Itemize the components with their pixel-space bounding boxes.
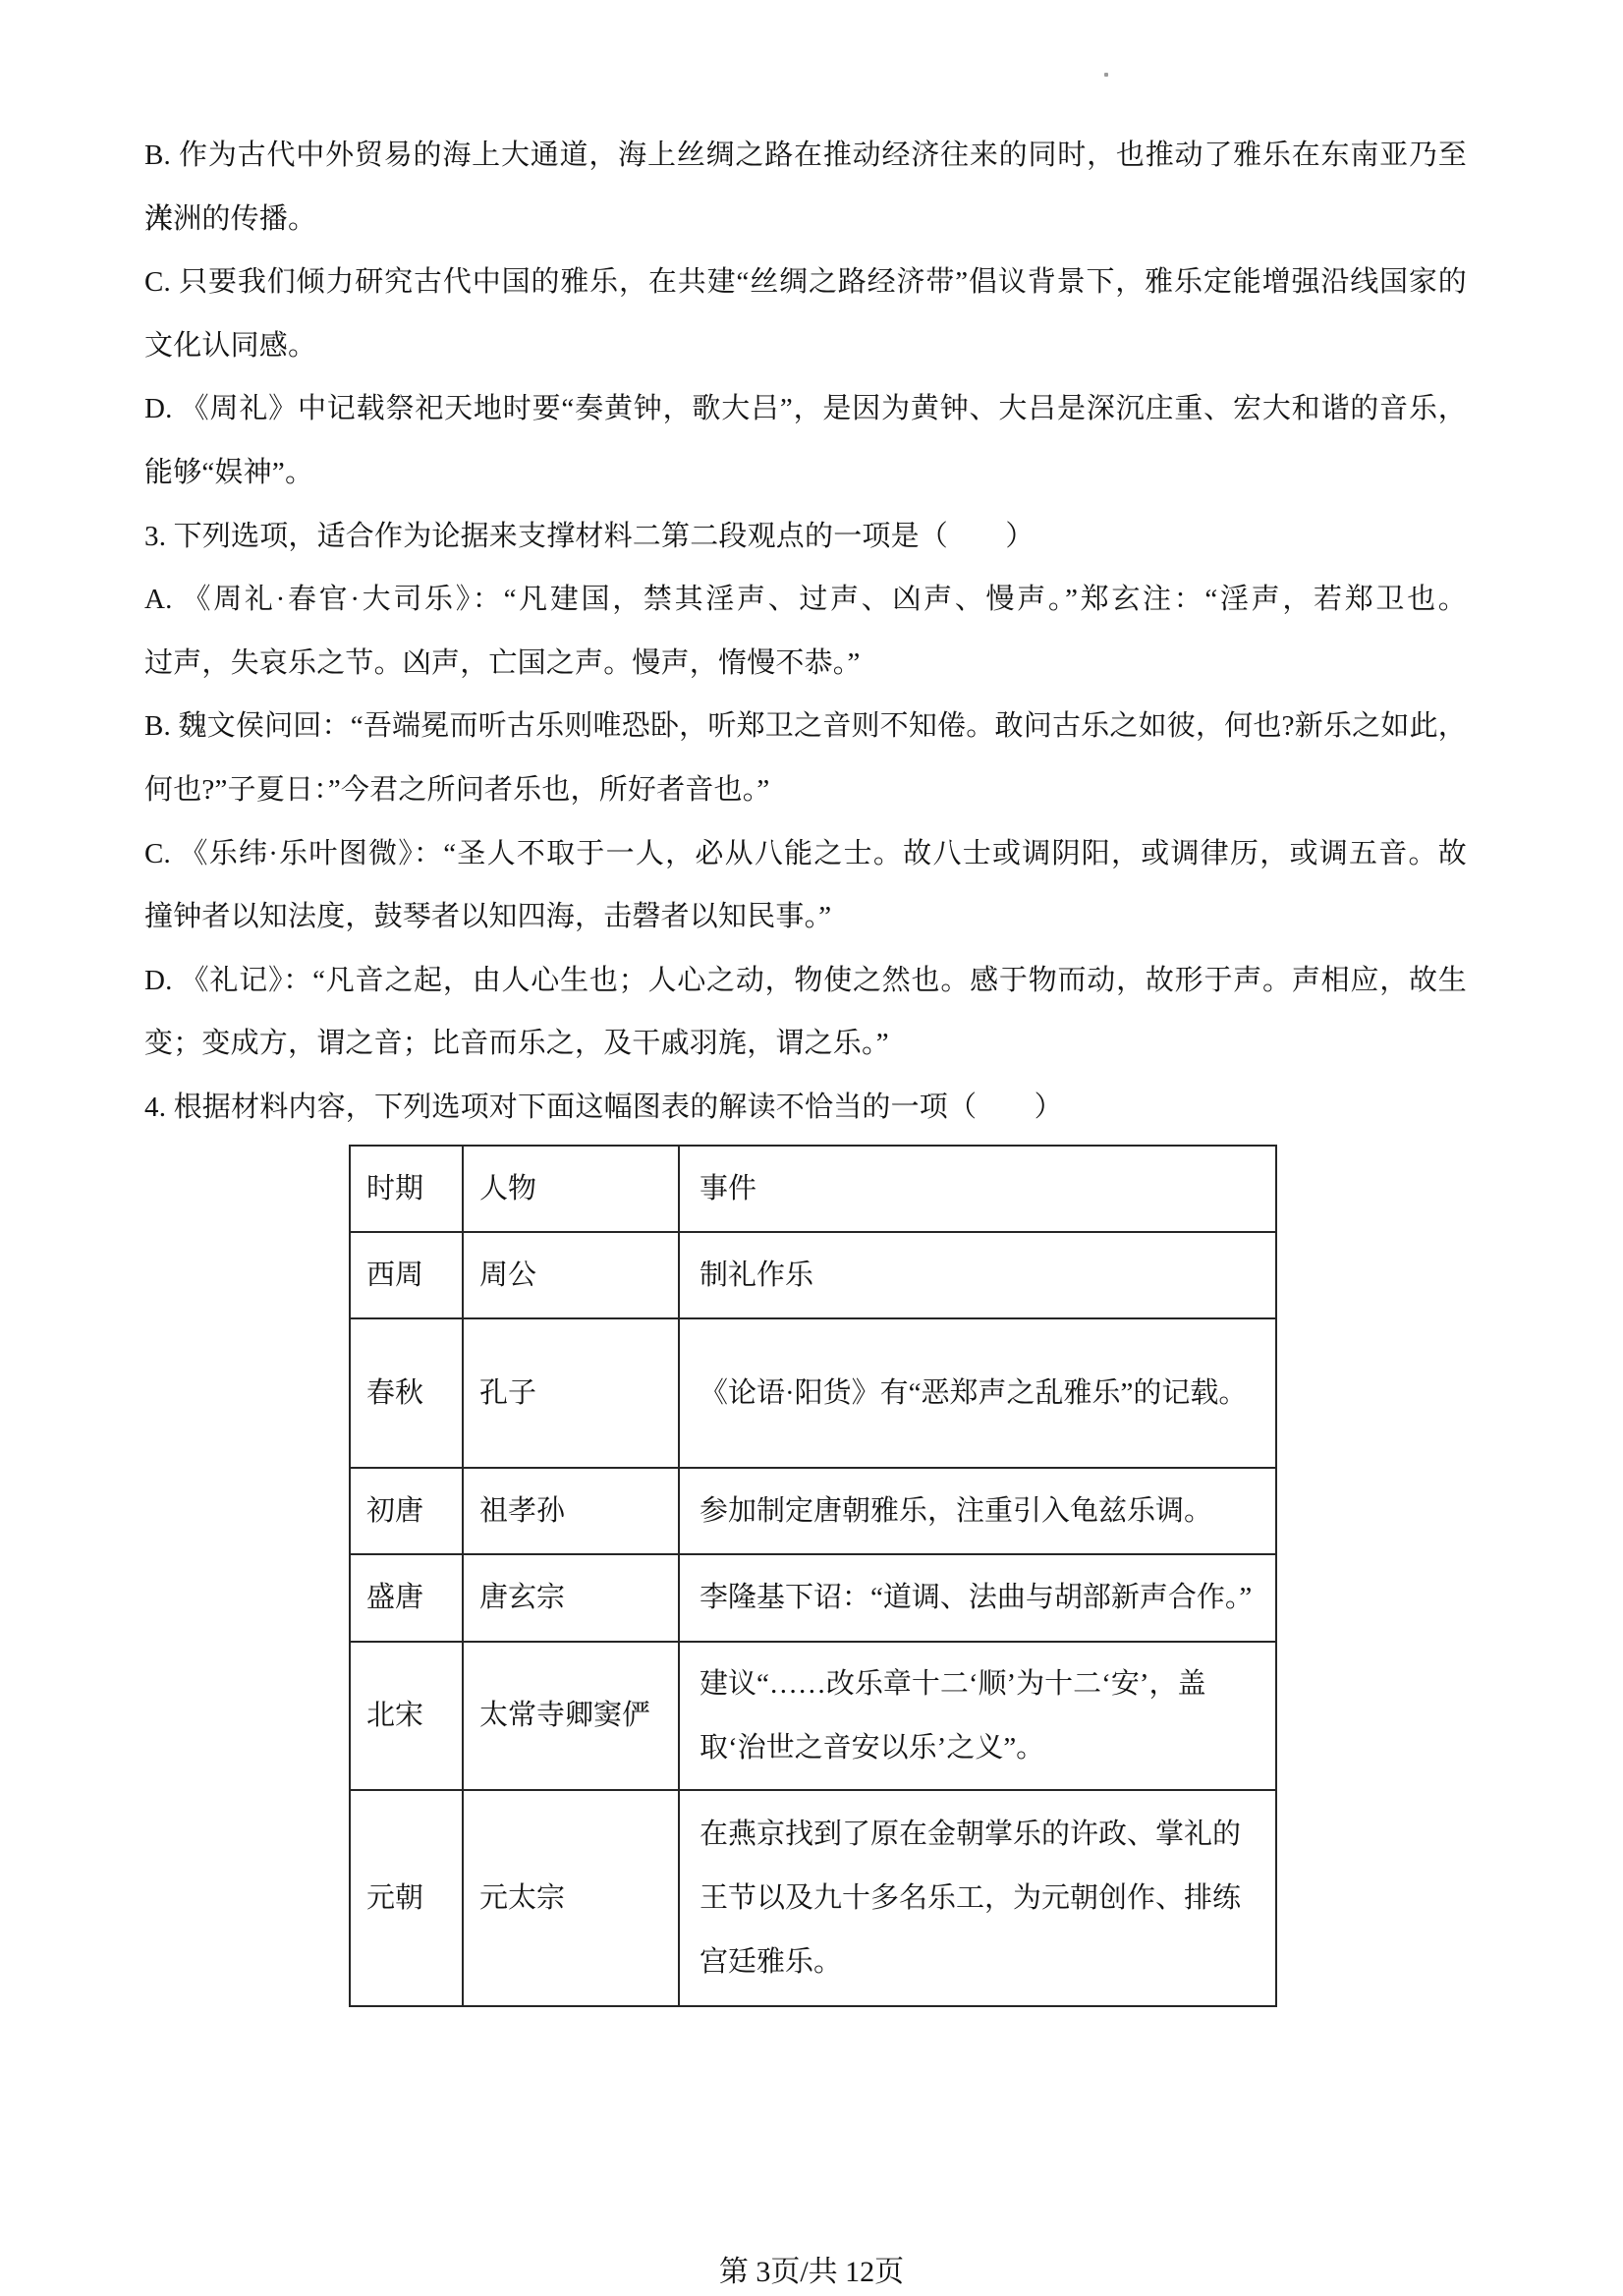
q3-option-a-line-2: 过声，失哀乐之节。凶声，亡国之声。慢声，惰慢不恭。” — [144, 632, 1467, 696]
q2-option-c-line-2: 文化认同感。 — [144, 314, 1467, 378]
q2-option-d-line-2: 能够“娱神”。 — [144, 441, 1467, 505]
event-cell: 李隆基下诏：“道调、法曲与胡部新声合作。” — [679, 1554, 1276, 1642]
period-cell: 西周 — [350, 1232, 463, 1318]
table-row: 春秋 孔子 《论语·阳货》有“恶郑声之乱雅乐”的记载。 — [350, 1318, 1276, 1468]
person-cell: 祖孝孙 — [463, 1468, 679, 1554]
period-cell: 元朝 — [350, 1790, 463, 2006]
table-row: 盛唐 唐玄宗 李隆基下诏：“道调、法曲与胡部新声合作。” — [350, 1554, 1276, 1642]
timeline-table: 时期 人物 事件 西周 周公 制礼作乐 春秋 孔子 《论语·阳货》有“恶郑声之乱… — [349, 1145, 1277, 2007]
table-header-event: 事件 — [679, 1146, 1276, 1232]
question-3-stem: 3. 下列选项，适合作为论据来支撑材料二第二段观点的一项是（ ） — [144, 505, 1467, 569]
stray-dot-mark — [1104, 73, 1108, 77]
table-header-period: 时期 — [350, 1146, 463, 1232]
question-4-stem: 4. 根据材料内容，下列选项对下面这幅图表的解读不恰当的一项（ ） — [144, 1076, 1467, 1140]
page-number-footer: 第 3页/共 12页 — [0, 2252, 1623, 2293]
table-row: 初唐 祖孝孙 参加制定唐朝雅乐，注重引入龟兹乐调。 — [350, 1468, 1276, 1554]
q2-option-b-line-2: 洋洲的传播。 — [144, 188, 1467, 252]
period-cell: 初唐 — [350, 1468, 463, 1554]
q2-option-b-line-1: B. 作为古代中外贸易的海上大通道，海上丝绸之路在推动经济往来的同时，也推动了雅… — [144, 124, 1467, 188]
table-row: 北宋 太常寺卿窦俨 建议“……改乐章十二‘顺’为十二‘安’，盖取‘治世之音安以乐… — [350, 1642, 1276, 1790]
table-row: 西周 周公 制礼作乐 — [350, 1232, 1276, 1318]
person-cell: 太常寺卿窦俨 — [463, 1642, 679, 1790]
event-cell: 制礼作乐 — [679, 1232, 1276, 1318]
q3-option-b-line-2: 何也?”子夏日：”今君之所问者乐也，所好者音也。” — [144, 758, 1467, 822]
table-row: 元朝 元太宗 在燕京找到了原在金朝掌乐的许政、掌礼的王节以及九十多名乐工，为元朝… — [350, 1790, 1276, 2006]
q3-option-c-line-1: C. 《乐纬·乐叶图微》：“圣人不取于一人，必从八能之士。故八士或调阴阳，或调律… — [144, 822, 1467, 886]
q2-option-d-line-1: D. 《周礼》中记载祭祀天地时要“奏黄钟，歌大吕”，是因为黄钟、大吕是深沉庄重、… — [144, 377, 1467, 441]
person-cell: 孔子 — [463, 1318, 679, 1468]
period-cell: 北宋 — [350, 1642, 463, 1790]
event-cell: 在燕京找到了原在金朝掌乐的许政、掌礼的王节以及九十多名乐工，为元朝创作、排练宫廷… — [679, 1790, 1276, 2006]
person-cell: 唐玄宗 — [463, 1554, 679, 1642]
event-cell: 参加制定唐朝雅乐，注重引入龟兹乐调。 — [679, 1468, 1276, 1554]
person-cell: 元太宗 — [463, 1790, 679, 2006]
event-cell: 《论语·阳货》有“恶郑声之乱雅乐”的记载。 — [679, 1318, 1276, 1468]
q2-option-c-line-1: C. 只要我们倾力研究古代中国的雅乐，在共建“丝绸之路经济带”倡议背景下，雅乐定… — [144, 251, 1467, 314]
q3-option-b-line-1: B. 魏文侯问回：“吾端冕而听古乐则唯恐卧，听郑卫之音则不知倦。敢问古乐之如彼，… — [144, 695, 1467, 758]
q3-option-a-line-1: A. 《周礼·春官·大司乐》：“凡建国，禁其淫声、过声、凶声、慢声。”郑玄注：“… — [144, 568, 1467, 632]
person-cell: 周公 — [463, 1232, 679, 1318]
q3-option-c-line-2: 撞钟者以知法度，鼓琴者以知四海，击磬者以知民事。” — [144, 885, 1467, 949]
period-cell: 盛唐 — [350, 1554, 463, 1642]
table-header-row: 时期 人物 事件 — [350, 1146, 1276, 1232]
exam-page: B. 作为古代中外贸易的海上大通道，海上丝绸之路在推动经济往来的同时，也推动了雅… — [0, 0, 1623, 2296]
table-header-person: 人物 — [463, 1146, 679, 1232]
q3-option-d-line-1: D. 《礼记》：“凡音之起，由人心生也；人心之动，物使之然也。感于物而动，故形于… — [144, 949, 1467, 1013]
q3-option-d-line-2: 变；变成方，谓之音；比音而乐之，及干戚羽旄，谓之乐。” — [144, 1012, 1467, 1076]
period-cell: 春秋 — [350, 1318, 463, 1468]
question-text-block: B. 作为古代中外贸易的海上大通道，海上丝绸之路在推动经济往来的同时，也推动了雅… — [144, 124, 1467, 1140]
event-cell: 建议“……改乐章十二‘顺’为十二‘安’，盖取‘治世之音安以乐’之义”。 — [679, 1642, 1276, 1790]
